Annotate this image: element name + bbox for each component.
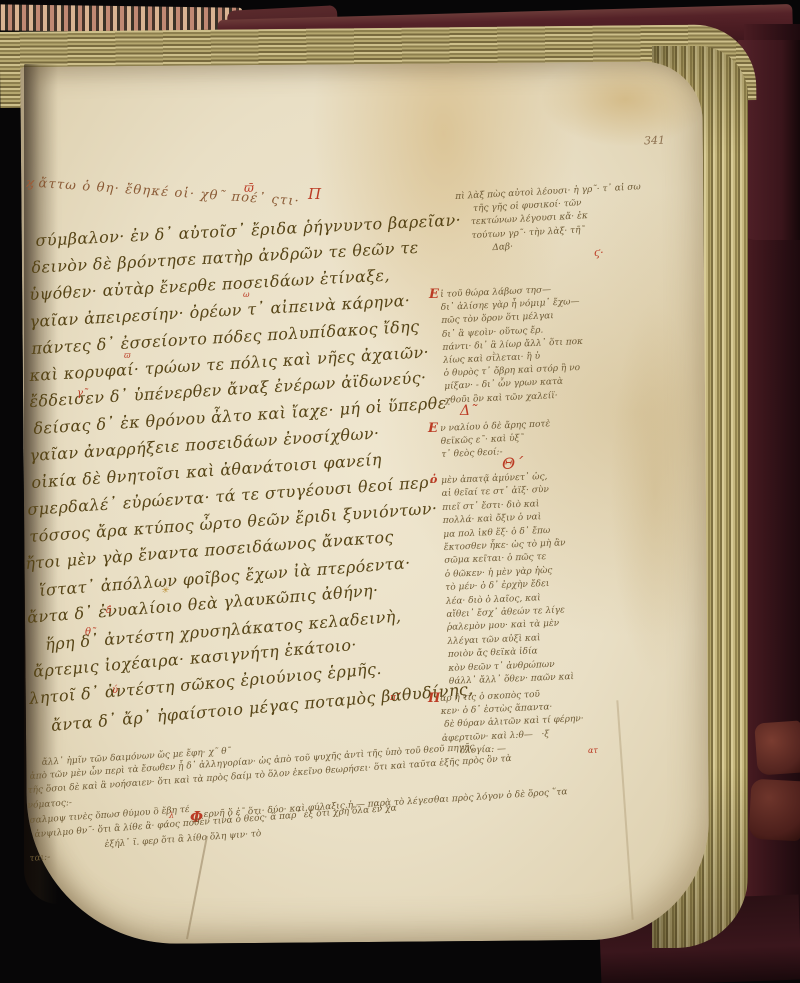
- rubric-mark: ϗ: [26, 176, 34, 191]
- margin-scholion-c: ν ναλίου ὁ δὲ ἄρης ποτὲθεϊκῶς ε῀· καὶ ὑξ…: [440, 415, 632, 463]
- margin-scholion-d: μὲν ἀπατᾷ ἀμύνετ᾽ ὡς,αἱ θεῖαί τε στ᾽ ἀϊξ…: [441, 468, 644, 690]
- bottom-scholion-line: ται:-: [29, 852, 50, 864]
- scholion-initial-pi: Π: [428, 691, 440, 706]
- clasp-upper: [754, 720, 800, 775]
- rubric-marginal-sign: δ̓: [106, 606, 111, 616]
- rubric-delta-ornament: Δ῀: [460, 403, 477, 419]
- rubric-interlinear: ϖ: [124, 351, 131, 360]
- margin-scholion-b: ἰ τοῦ θώρα λάβωσ τησ—δι᾽ ἀλίσηε γὰρ ἦ νό…: [440, 280, 645, 407]
- rubric-marginal-sign: γ῀: [77, 388, 88, 399]
- rubric-marginal-sign: θ῀: [85, 627, 96, 638]
- rubric-theta-ornament: Θ´: [502, 454, 523, 473]
- stain-top-right: [540, 52, 710, 147]
- rubric-flourish: ϛ·: [594, 246, 604, 259]
- rubric-small-sign: λ: [169, 811, 174, 820]
- folio-number: 341: [644, 134, 665, 148]
- margin-scholion-a: πὶ λὰξ πὼς αὐτοὶ λέουσι· ἡ γρ῀· τ᾽ αἰ σω…: [455, 181, 648, 257]
- rubric-abbreviation: ϖ̄: [244, 181, 254, 195]
- scholion-initial-epsilon: Ε: [429, 287, 439, 302]
- clasp-lower: [748, 779, 800, 842]
- manuscript-photo: 341 ἄττω ὁ θη· ἔθηκέ οἱ· χθ῀ ποέ᾽ ςτι· σ…: [0, 0, 800, 983]
- scholion-initial-omicron: ὁ: [430, 473, 437, 486]
- rubric-marginal-sign: ύ: [112, 685, 118, 696]
- scholion-initial-epsilon-2: Ε: [428, 421, 438, 436]
- rubric-marginal-sign: π῀: [390, 693, 400, 703]
- rubric-small-note: ατ: [588, 746, 598, 755]
- rubric-interlinear: ω: [243, 290, 250, 299]
- gold-asterisk: ✳: [161, 586, 169, 596]
- rubric-paragraph-pi: Π: [308, 185, 321, 203]
